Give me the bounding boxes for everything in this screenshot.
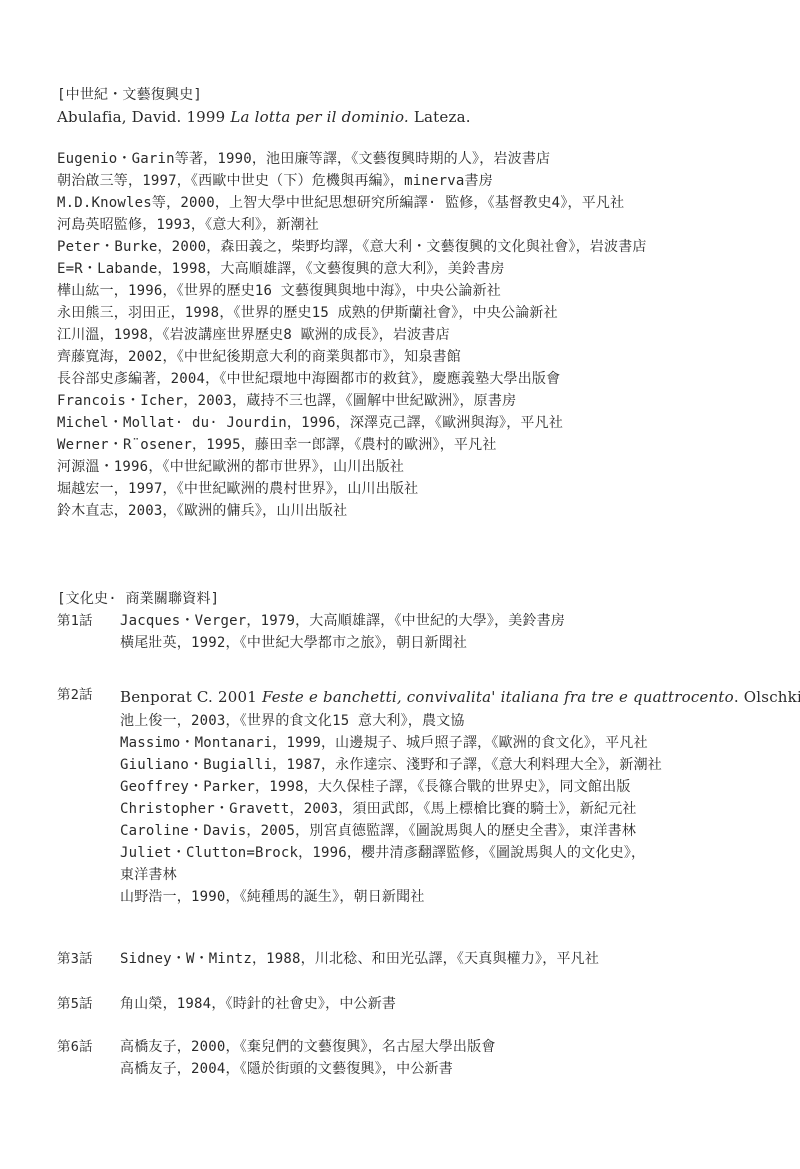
bib-entry: Werner・R¨osener，1995，藤田幸一郎譯，《農村的歐洲》，平凡社 [57, 434, 760, 456]
episode-references: 角山榮，1984，《時針的社會史》，中公新書 [120, 993, 760, 1015]
bib-entry: Sidney・W・Mintz，1988，川北稔、和田光弘譯，《天真與權力》，平凡… [120, 948, 760, 970]
bib-entry: 江川溫，1998，《岩波講座世界歷史8 歐洲的成長》，岩波書店 [57, 324, 760, 346]
bib-entry: 高橋友子，2004，《隱於街頭的文藝復興》，中公新書 [120, 1058, 760, 1080]
bib-entry: Jacques・Verger，1979，大高順雄譯，《中世紀的大學》，美鈴書房 [120, 610, 760, 632]
episode-label: 第5話 [57, 993, 120, 1015]
bib-entry: M.D.Knowles等，2000，上智大學中世紀思想研究所編譯· 監修，《基督… [57, 192, 760, 214]
citation-prefix: Abulafia, David. 1999 [57, 108, 230, 126]
episode-6: 第6話 高橋友子，2000，《棄兒們的文藝復興》，名古屋大學出版會 高橋友子，2… [57, 1036, 760, 1080]
episode-label: 第1話 [57, 610, 120, 632]
bib-entry: 朝治啟三等，1997，《西歐中世史（下）危機與再編》，minerva書房 [57, 170, 760, 192]
bib-entry: 山野浩一，1990，《純種馬的誕生》，朝日新聞社 [120, 886, 800, 908]
episode-label: 第2話 [57, 684, 120, 706]
bib-entry: Caroline・Davis，2005，別宮貞德監譯，《圖說馬與人的歷史全書》，… [120, 820, 800, 842]
episode-5: 第5話 角山榮，1984，《時針的社會史》，中公新書 [57, 993, 760, 1015]
citation-title-italic: La lotta per il dominio. [230, 108, 409, 126]
episode-2: 第2話 Benporat C. 2001 Feste e banchetti, … [57, 684, 760, 908]
bib-entry: E=R・Labande，1998，大高順雄譯，《文藝復興的意大利》，美鈴書房 [57, 258, 760, 280]
bibliography-page: [中世紀・文藝復興史] Abulafia, David. 1999 La lot… [0, 0, 800, 1169]
bib-entry: 河島英昭監修，1993，《意大利》，新潮社 [57, 214, 760, 236]
bib-entry: 橫尾壯英，1992，《中世紀大學都市之旅》，朝日新聞社 [120, 632, 760, 654]
citation-prefix: Benporat C. 2001 [120, 688, 262, 706]
bib-entry: Michel・Mollat· du· Jourdin，1996，深澤克己譯，《歐… [57, 412, 760, 434]
episode-3: 第3話 Sidney・W・Mintz，1988，川北稔、和田光弘譯，《天真與權力… [57, 948, 760, 970]
episode-references: 高橋友子，2000，《棄兒們的文藝復興》，名古屋大學出版會 高橋友子，2004，… [120, 1036, 760, 1080]
episode-label: 第6話 [57, 1036, 120, 1058]
bib-entry: Juliet・Clutton=Brock，1996，櫻井清彥翻譯監修，《圖說馬與… [120, 842, 800, 864]
episode-1: 第1話 Jacques・Verger，1979，大高順雄譯，《中世紀的大學》，美… [57, 610, 760, 654]
bib-entry: Giuliano・Bugialli，1987，永作達宗、淺野和子譯，《意大利料理… [120, 754, 800, 776]
bib-entry: 河源溫・1996，《中世紀歐洲的都市世界》，山川出版社 [57, 456, 760, 478]
section-header: [文化史· 商業關聯資料] [57, 588, 760, 610]
citation-title-italic: Feste e banchetti, convivalita' italiana… [262, 688, 734, 706]
bib-entry: 角山榮，1984，《時針的社會史》，中公新書 [120, 993, 760, 1015]
bib-entry-western: Abulafia, David. 1999 La lotta per il do… [57, 106, 760, 128]
bib-entry: 池上俊一，2003，《世界的食文化15 意大利》，農文協 [120, 710, 800, 732]
bib-entry-list: Eugenio・Garin等著，1990，池田廉等譯，《文藝復興時期的人》，岩波… [57, 148, 760, 522]
episode-references: Benporat C. 2001 Feste e banchetti, conv… [120, 684, 800, 908]
section-cultural-history: [文化史· 商業關聯資料] 第1話 Jacques・Verger，1979，大高… [57, 588, 760, 1080]
bib-entry: Geoffrey・Parker，1998，大久保桂子譯，《長篠合戰的世界史》，同… [120, 776, 800, 798]
section-medieval-renaissance: [中世紀・文藝復興史] Abulafia, David. 1999 La lot… [57, 84, 760, 522]
bib-entry: Eugenio・Garin等著，1990，池田廉等譯，《文藝復興時期的人》，岩波… [57, 148, 760, 170]
episode-label: 第3話 [57, 948, 120, 970]
bib-entry: 永田熊三，羽田正，1998，《世界的歷史15 成熟的伊斯蘭社會》，中央公論新社 [57, 302, 760, 324]
bib-entry-western: Benporat C. 2001 Feste e banchetti, conv… [120, 684, 800, 710]
bib-entry: Massimo・Montanari，1999，山邊規子、城戶照子譯，《歐洲的食文… [120, 732, 800, 754]
citation-suffix: Lateza. [409, 108, 471, 126]
bib-entry: 堀越宏一，1997，《中世紀歐洲的農村世界》，山川出版社 [57, 478, 760, 500]
bib-entry: 高橋友子，2000，《棄兒們的文藝復興》，名古屋大學出版會 [120, 1036, 760, 1058]
section-header: [中世紀・文藝復興史] [57, 84, 760, 106]
bib-entry: 鈴木直志，2003，《歐洲的傭兵》，山川出版社 [57, 500, 760, 522]
bib-entry: 樺山紘一，1996，《世界的歷史16 文藝復興與地中海》，中央公論新社 [57, 280, 760, 302]
episode-references: Jacques・Verger，1979，大高順雄譯，《中世紀的大學》，美鈴書房 … [120, 610, 760, 654]
bib-entry: Christopher・Gravett，2003，須田武郎，《馬上標槍比賽的騎士… [120, 798, 800, 820]
bib-entry: Peter・Burke，2000，森田義之，柴野均譯，《意大利・文藝復興的文化與… [57, 236, 760, 258]
episode-references: Sidney・W・Mintz，1988，川北稔、和田光弘譯，《天真與權力》，平凡… [120, 948, 760, 970]
bib-entry-continuation: 東洋書林 [120, 864, 800, 886]
bib-entry: 長谷部史彥編著，2004，《中世紀環地中海圈都市的救貧》，慶應義塾大學出版會 [57, 368, 760, 390]
bib-entry: 齊藤寬海，2002，《中世紀後期意大利的商業與都市》，知泉書館 [57, 346, 760, 368]
citation-suffix: . Olschki. [734, 688, 800, 706]
bib-entry: Francois・Icher，2003，蔵持不三也譯，《圖解中世紀歐洲》，原書房 [57, 390, 760, 412]
